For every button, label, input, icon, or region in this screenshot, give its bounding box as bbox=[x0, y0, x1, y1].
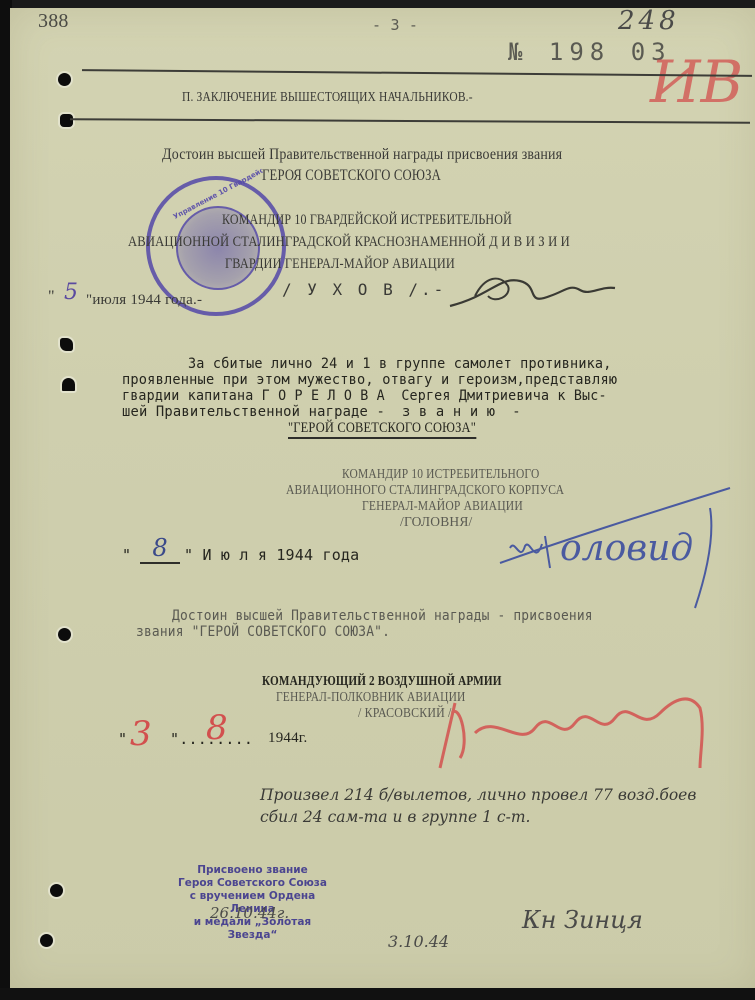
punch-hole bbox=[62, 378, 75, 391]
conclusion-3-date-year: 1944г. bbox=[268, 730, 307, 747]
recommendation-line2: проявленные при этом мужество, отвагу и … bbox=[122, 372, 617, 388]
punch-hole bbox=[50, 884, 63, 897]
divider-line bbox=[70, 118, 750, 124]
award-stamp-date: 26.10.44г. bbox=[210, 904, 289, 922]
conclusion-3-line1: Достоин высшей Правительственной награды… bbox=[172, 608, 593, 624]
document-page: 388 - 3 - № 198 03 248 ИВ П. ЗАКЛЮЧЕНИЕ … bbox=[10, 8, 755, 992]
punch-hole bbox=[60, 338, 73, 351]
conclusion-2-date-open-quote: " bbox=[122, 546, 131, 564]
footer-signature: Кн Зинця bbox=[522, 906, 643, 934]
conclusion-1-signer-line3: ГВАРДИИ ГЕНЕРАЛ-МАЙОР АВИАЦИИ bbox=[225, 256, 455, 273]
archive-number: 388 bbox=[38, 10, 69, 33]
punch-hole bbox=[58, 628, 71, 641]
conclusion-3-date-open-quote: " bbox=[118, 730, 127, 748]
handwritten-combat-note-line1: Произвел 214 б/вылетов, лично провел 77 … bbox=[260, 786, 696, 804]
signature-krasovsky bbox=[400, 673, 730, 773]
conclusion-3-date-day: 3 bbox=[130, 714, 152, 754]
punch-hole bbox=[60, 114, 73, 127]
conclusion-3-date-month: 8 bbox=[206, 708, 228, 748]
punch-hole bbox=[58, 73, 71, 86]
svg-text:оловид: оловид bbox=[560, 528, 693, 569]
conclusion-2-date-rest: " И ю л я 1944 года bbox=[184, 546, 359, 564]
conclusion-1-line1: Достоин высшей Правительственной награды… bbox=[162, 146, 562, 164]
conclusion-1-signer-line1: КОМАНДИР 10 ГВАРДЕЙСКОЙ ИСТРЕБИТЕЛЬНОЙ bbox=[222, 212, 512, 229]
footer-date: 3.10.44 bbox=[388, 932, 449, 951]
award-stamp-line1: Присвоено звание bbox=[170, 864, 335, 877]
conclusion-2-signer-name: /ГОЛОВНЯ/ bbox=[400, 514, 473, 530]
red-pencil-mark: ИВ bbox=[650, 48, 743, 116]
award-confirmation-stamp: Присвоено звание Героя Советского Союза … bbox=[170, 864, 335, 942]
conclusion-1-signer-name: / У Х О В /.- bbox=[282, 280, 446, 299]
date-text: И ю л я 1944 года bbox=[202, 546, 359, 564]
recommendation-line3: гвардии капитана Г О Р Е Л О В А Сергея … bbox=[122, 388, 607, 404]
conclusion-2-date-day: 8 bbox=[140, 534, 180, 564]
page-marker: - 3 - bbox=[372, 16, 418, 34]
conclusion-3-line2: звания "ГЕРОЙ СОВЕТСКОГО СОЮЗА". bbox=[136, 624, 390, 640]
scan-bottom-border bbox=[0, 988, 755, 1000]
punch-hole bbox=[40, 934, 53, 947]
date-text: июля 1944 года.- bbox=[92, 292, 202, 308]
handwritten-page-number: 248 bbox=[618, 6, 680, 36]
signature-ukhov bbox=[430, 266, 630, 316]
conclusion-1-signer-line2: АВИАЦИОННОЙ СТАЛИНГРАДСКОЙ КРАСНОЗНАМЕНН… bbox=[128, 234, 570, 251]
conclusion-1-date-day: 5 bbox=[64, 280, 78, 305]
conclusion-1-date-quotes: " bbox=[48, 288, 55, 306]
recommendation-line1: За сбитые лично 24 и 1 в группе самолет … bbox=[188, 356, 612, 372]
section-title: П. ЗАКЛЮЧЕНИЕ ВЫШЕСТОЯЩИХ НАЧАЛЬНИКОВ.- bbox=[182, 90, 473, 106]
hero-title-underlined: "ГЕРОЙ СОВЕТСКОГО СОЮЗА" bbox=[288, 420, 476, 439]
recommendation-line4: шей Правительственной награде - з в а н … bbox=[122, 404, 521, 420]
award-stamp-line2: Героя Советского Союза bbox=[170, 877, 335, 890]
conclusion-1-line2: ГЕРОЯ СОВЕТСКОГО СОЮЗА bbox=[262, 167, 441, 185]
handwritten-combat-note-line2: сбил 24 сам-та и в группе 1 с-т. bbox=[260, 808, 530, 826]
signature-golovnya: оловид bbox=[490, 478, 750, 618]
document-number: № 198 03 bbox=[508, 38, 672, 66]
conclusion-1-date-rest: "июля 1944 года.- bbox=[86, 292, 202, 309]
